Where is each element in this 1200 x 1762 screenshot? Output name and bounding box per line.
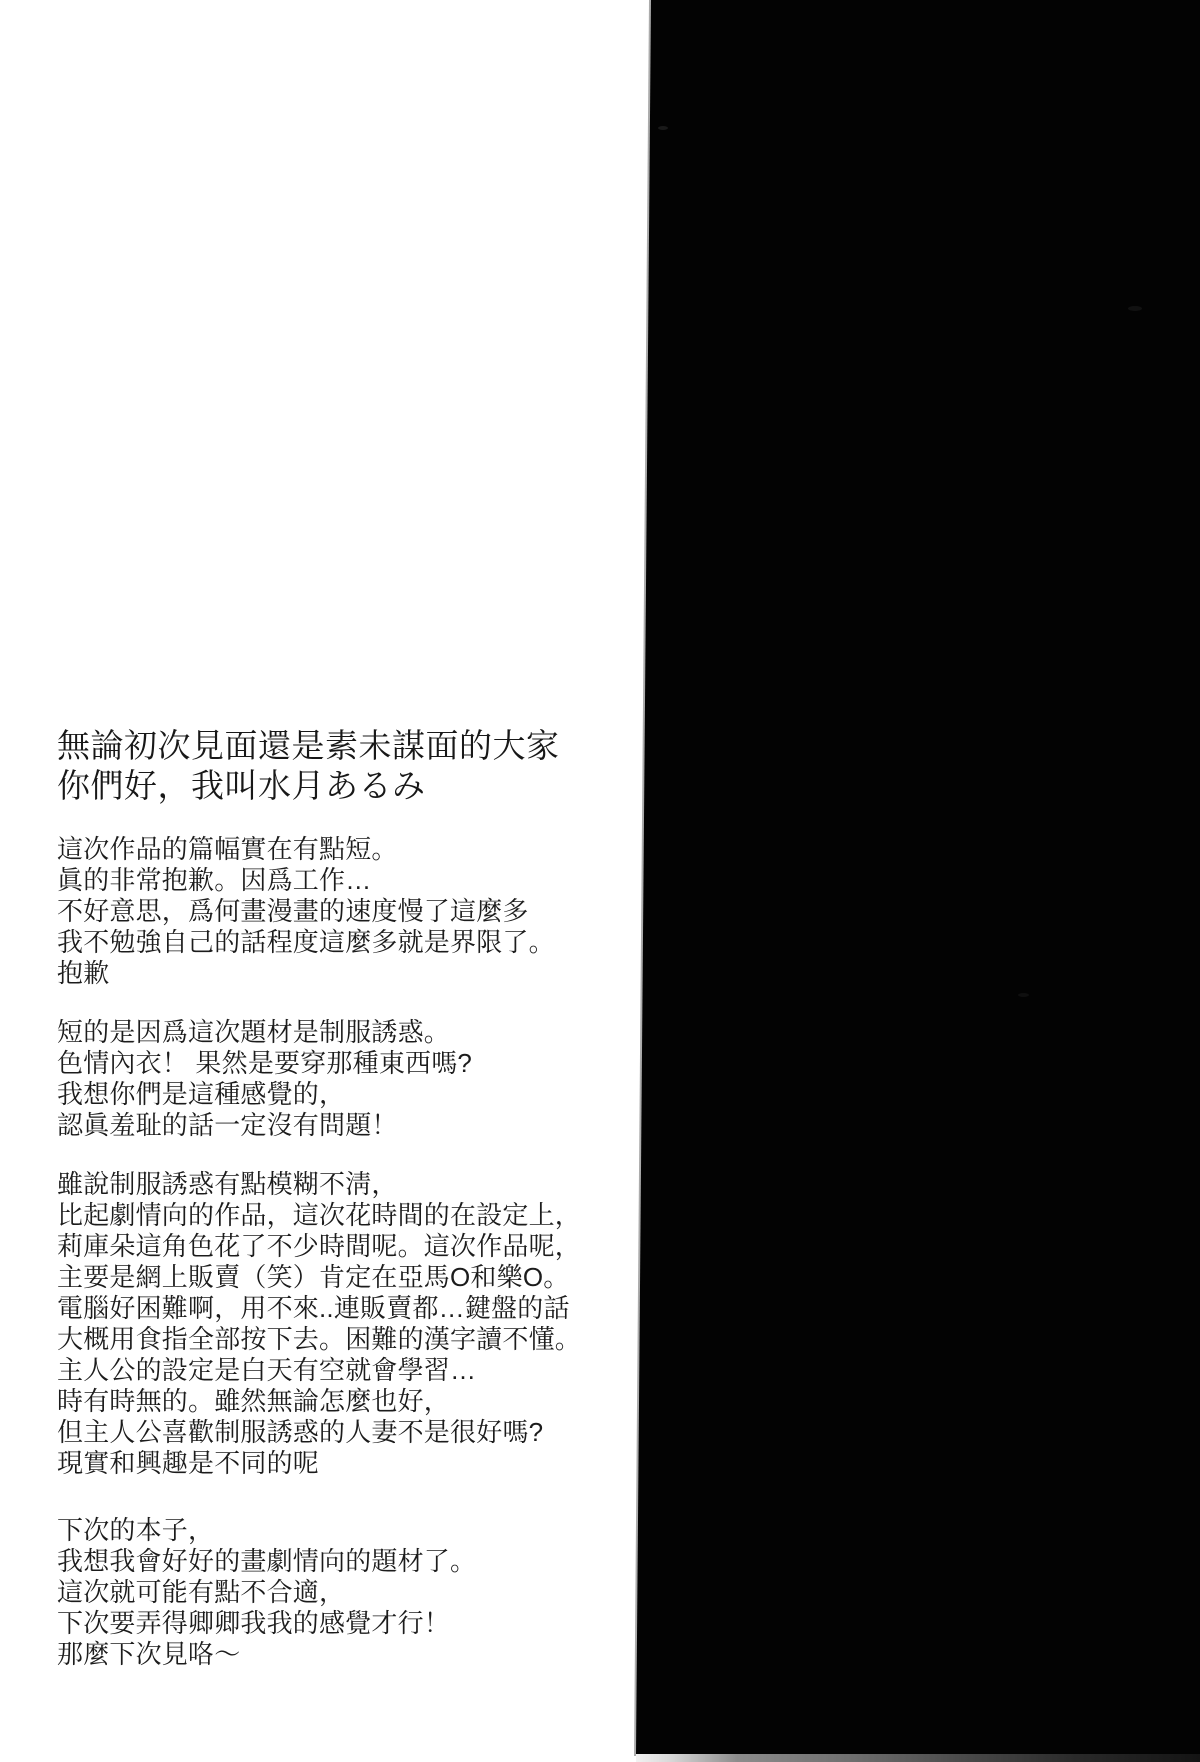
text-line: 我不勉強自己的話程度這麼多就是界限了。 bbox=[57, 927, 642, 958]
text-line: 眞的非常抱歉。因爲工作… bbox=[57, 865, 642, 896]
text-line: 那麼下次見咯～ bbox=[57, 1639, 642, 1670]
text-line: 抱歉 bbox=[57, 958, 642, 989]
heading-line: 你們好，我叫水月あるみ bbox=[57, 766, 642, 806]
text-line: 比起劇情向的作品，這次花時間的在設定上， bbox=[57, 1200, 642, 1231]
scan-bottom-artifact bbox=[636, 1754, 1200, 1762]
text-line: 但主人公喜歡制服誘惑的人妻不是很好嗎? bbox=[57, 1417, 642, 1448]
text-line: 色情內衣！ 果然是要穿那種東西嗎? bbox=[57, 1048, 642, 1079]
afterword-paragraph-next-book: 下次的本子， 我想我會好好的畫劇情向的題材了。 這次就可能有點不合適， 下次要弄… bbox=[57, 1515, 642, 1670]
text-line: 下次的本子， bbox=[57, 1515, 642, 1546]
text-line: 下次要弄得卿卿我我的感覺才行！ bbox=[57, 1608, 642, 1639]
text-line: 不好意思，爲何畫漫畫的速度慢了這麼多 bbox=[57, 896, 642, 927]
text-line: 主要是網上販賣（笑）肯定在亞馬O和樂O。 bbox=[57, 1262, 642, 1293]
text-line: 現實和興趣是不同的呢 bbox=[57, 1448, 642, 1479]
afterword-text-column: 無論初次見面還是素未謀面的大家 你們好，我叫水月あるみ 這次作品的篇幅實在有點短… bbox=[57, 726, 642, 1698]
text-line: 認眞羞耻的話一定沒有問題！ bbox=[57, 1110, 642, 1141]
scan-speck bbox=[1018, 993, 1029, 997]
text-line: 我想我會好好的畫劇情向的題材了。 bbox=[57, 1546, 642, 1577]
text-line: 這次就可能有點不合適， bbox=[57, 1577, 642, 1608]
text-line: 大概用食指全部按下去。困難的漢字讀不懂。 bbox=[57, 1324, 642, 1355]
afterword-paragraph-production-notes: 雖說制服誘惑有點模糊不淸， 比起劇情向的作品，這次花時間的在設定上， 莉庫朵這角… bbox=[57, 1169, 642, 1479]
text-line: 雖說制服誘惑有點模糊不淸， bbox=[57, 1169, 642, 1200]
text-line: 我想你們是這種感覺的， bbox=[57, 1079, 642, 1110]
text-line: 電腦好困難啊，用不來..連販賣都…鍵盤的話 bbox=[57, 1293, 642, 1324]
text-line: 時有時無的。雖然無論怎麼也好， bbox=[57, 1386, 642, 1417]
scan-speck bbox=[1128, 306, 1142, 311]
text-line: 這次作品的篇幅實在有點短。 bbox=[57, 834, 642, 865]
text-line: 莉庫朵這角色花了不少時間呢。這次作品呢， bbox=[57, 1231, 642, 1262]
afterword-paragraph-theme: 短的是因爲這次題材是制服誘惑。 色情內衣！ 果然是要穿那種東西嗎? 我想你們是這… bbox=[57, 1017, 642, 1141]
scan-speck bbox=[658, 126, 668, 130]
afterword-greeting-heading: 無論初次見面還是素未謀面的大家 你們好，我叫水月あるみ bbox=[57, 726, 642, 806]
scanned-page: 無論初次見面還是素未謀面的大家 你們好，我叫水月あるみ 這次作品的篇幅實在有點短… bbox=[0, 0, 1200, 1762]
text-line: 短的是因爲這次題材是制服誘惑。 bbox=[57, 1017, 642, 1048]
heading-line: 無論初次見面還是素未謀面的大家 bbox=[57, 726, 642, 766]
black-scan-area bbox=[636, 0, 1200, 1754]
afterword-paragraph-apology: 這次作品的篇幅實在有點短。 眞的非常抱歉。因爲工作… 不好意思，爲何畫漫畫的速度… bbox=[57, 834, 642, 989]
text-line: 主人公的設定是白天有空就會學習… bbox=[57, 1355, 642, 1386]
